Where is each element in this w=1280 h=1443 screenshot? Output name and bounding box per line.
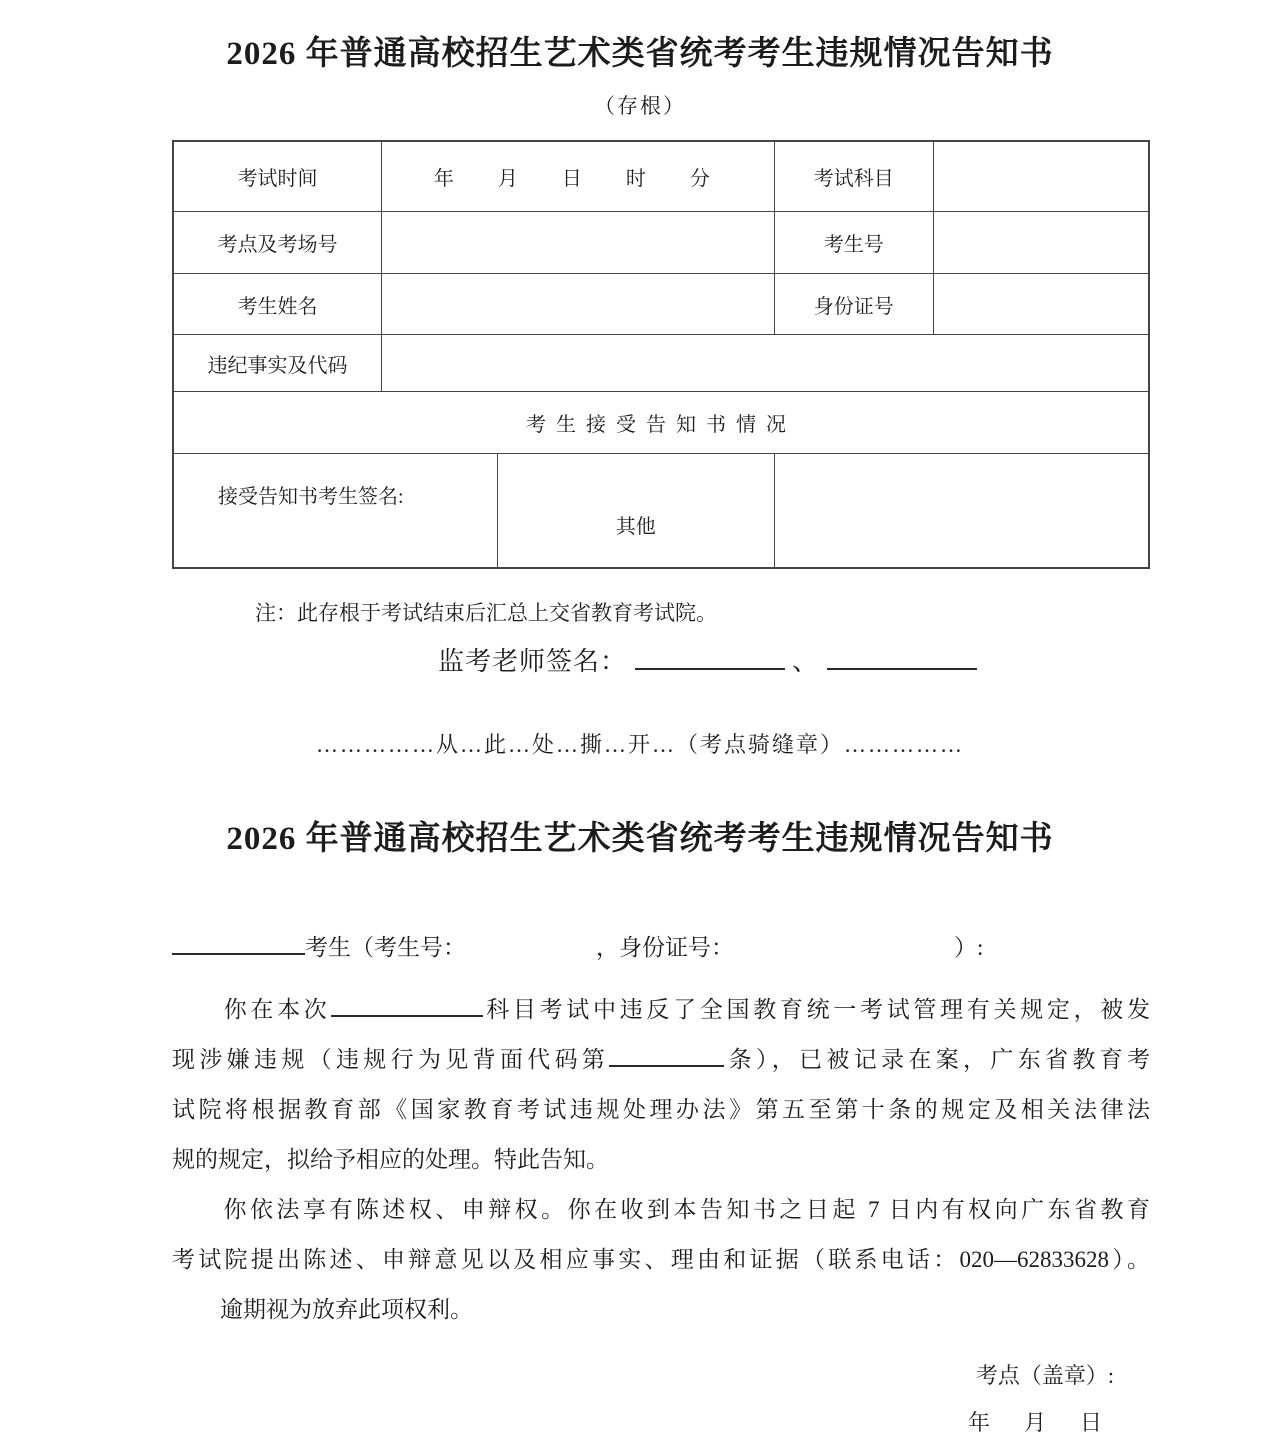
- notice-section: 2026 年普通高校招生艺术类省统考考生违规情况告知书 考生（考生号：，身份证号…: [0, 759, 1280, 1437]
- salutation-end: ）:: [954, 935, 983, 960]
- code-number-blank: [609, 1042, 724, 1067]
- para2-line1-text: 你依法享有陈述权、申辩权。你在收到本告知书之日起 7 日内有权向广东省教育: [220, 1197, 1150, 1222]
- para1-line3: 试院将根据教育部《国家教育考试违规处理办法》第五至第十条的规定及相关法律法: [172, 1085, 1150, 1135]
- para3-text: 逾期视为放弃此项权利。: [220, 1297, 473, 1322]
- candidate-number-label: 考生号: [775, 212, 934, 274]
- id-number-value: [934, 274, 1148, 335]
- exam-site-value: [382, 212, 774, 274]
- exam-subject-label: 考试科目: [775, 142, 934, 212]
- invigilator-signature-blank-2: [827, 642, 977, 670]
- salutation-pre: 考生（考生号：: [305, 935, 466, 960]
- para2-line2: 考试院提出陈述、申辩意见以及相应事实、理由和证据（联系电话：020—628336…: [172, 1235, 1150, 1285]
- stub-note: 注：此存根于考试结束后汇总上交省教育考试院。: [255, 597, 1280, 627]
- exam-subject-value: [934, 142, 1148, 212]
- table-row-violation: 违纪事实及代码: [174, 335, 1148, 392]
- salutation-mid: ，身份证号：: [596, 935, 734, 960]
- para1-line2-post: 条），已被记录在案，广东省教育考: [724, 1047, 1150, 1072]
- subject-blank: [331, 992, 483, 1017]
- signature-separator: 、: [792, 647, 819, 676]
- table-row-exam-time: 考试时间 年 月 日 时 分 考试科目: [174, 142, 1148, 212]
- other-label: 其他: [498, 454, 775, 567]
- para1-line1-post: 科目考试中违反了全国教育统一考试管理有关规定，被发: [483, 997, 1151, 1022]
- exam-time-label: 考试时间: [174, 142, 382, 212]
- date-line: 年 月 日: [0, 1406, 1280, 1437]
- acceptance-section-header: 考生接受告知书情况: [174, 392, 1148, 454]
- invigilator-signature-blank-1: [635, 642, 785, 670]
- table-row-name: 考生姓名 身份证号: [174, 274, 1148, 335]
- stub-section: 2026 年普通高校招生艺术类省统考考生违规情况告知书 （存根） 考试时间 年 …: [0, 0, 1280, 678]
- violation-fact-value: [382, 335, 1148, 392]
- invigilator-signature-line: 监考老师签名： 、: [438, 641, 1280, 678]
- para3-line: 逾期视为放弃此项权利。: [172, 1285, 1150, 1335]
- exam-time-value: 年 月 日 时 分: [382, 142, 774, 212]
- exam-site-label: 考点及考场号: [174, 212, 382, 274]
- exam-info-table: 考试时间 年 月 日 时 分 考试科目 考点及考场号 考生号 考生姓名 身份证号: [172, 140, 1150, 569]
- candidate-name-blank: [172, 930, 305, 955]
- acceptance-signature-label: 接受告知书考生签名:: [174, 454, 498, 567]
- candidate-number-value: [934, 212, 1148, 274]
- stamp-line: 考点（盖章）:: [0, 1359, 1280, 1390]
- para1-line1: 你在本次科目考试中违反了全国教育统一考试管理有关规定，被发: [172, 985, 1150, 1035]
- para1-line2: 现涉嫌违规（违规行为见背面代码第条），已被记录在案，广东省教育考: [172, 1035, 1150, 1085]
- para2-line1: 你依法享有陈述权、申辩权。你在收到本告知书之日起 7 日内有权向广东省教育: [172, 1185, 1150, 1235]
- table-row-site: 考点及考场号 考生号: [174, 212, 1148, 274]
- other-value: [775, 454, 1148, 567]
- stub-subtitle: （存根）: [0, 90, 1280, 120]
- id-number-label: 身份证号: [775, 274, 934, 335]
- candidate-name-value: [382, 274, 774, 335]
- candidate-name-label: 考生姓名: [174, 274, 382, 335]
- document-page: 2026 年普通高校招生艺术类省统考考生违规情况告知书 （存根） 考试时间 年 …: [0, 0, 1280, 1443]
- table-row-signature: 接受告知书考生签名: 其他: [174, 454, 1148, 567]
- stub-title: 2026 年普通高校招生艺术类省统考考生违规情况告知书: [0, 0, 1280, 76]
- para1-line1-pre: 你在本次: [220, 997, 331, 1022]
- violation-fact-label: 违纪事实及代码: [174, 335, 382, 392]
- para1-line2-pre: 现涉嫌违规（违规行为见背面代码第: [172, 1047, 609, 1072]
- table-row-acceptance-header: 考生接受告知书情况: [174, 392, 1148, 454]
- notice-body: 考生（考生号：，身份证号：）: 你在本次科目考试中违反了全国教育统一考试管理有关…: [172, 923, 1150, 1335]
- invigilator-signature-label: 监考老师签名：: [438, 647, 627, 676]
- para1-line4: 规的规定，拟给予相应的处理。特此告知。: [172, 1135, 1150, 1185]
- notice-title: 2026 年普通高校招生艺术类省统考考生违规情况告知书: [0, 759, 1280, 861]
- salutation-line: 考生（考生号：，身份证号：）:: [172, 923, 1150, 973]
- tear-line: ……………从…此…处…撕…开…（考点骑缝章）……………: [0, 728, 1280, 759]
